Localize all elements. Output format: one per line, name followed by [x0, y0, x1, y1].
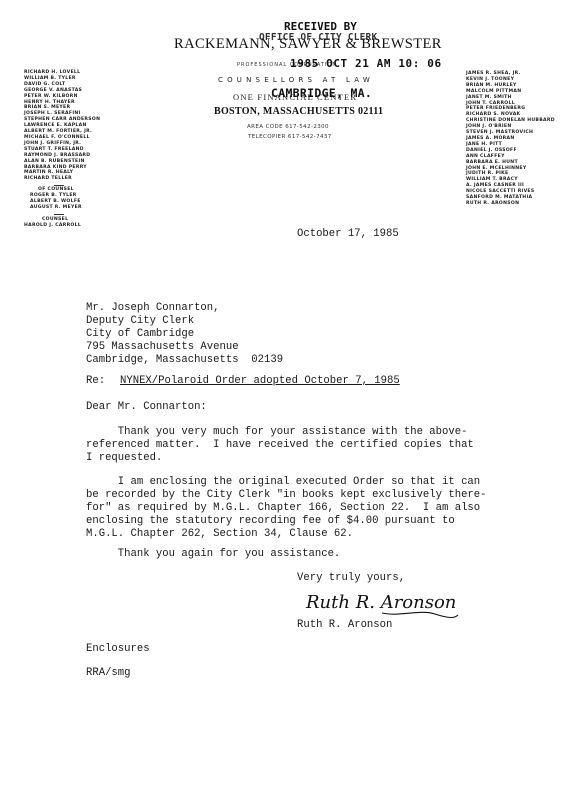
recipient-line: Deputy City Clerk — [86, 315, 283, 328]
body-paragraph-1: Thank you very much for your assistance … — [86, 426, 474, 465]
recipient-address: Mr. Joseph Connarton, Deputy City Clerk … — [86, 302, 283, 367]
left-partner-list: Richard H. LovellWilliam B. TylerDavid G… — [24, 70, 119, 229]
recipient-line: City of Cambridge — [86, 328, 283, 341]
recipient-line: Mr. Joseph Connarton, — [86, 302, 283, 315]
received-stamp-city: CAMBRIDGE, MA. — [271, 86, 372, 100]
closing: Very truly yours, — [297, 572, 405, 585]
received-stamp-line2: OFFICE OF CITY CLERK — [259, 32, 377, 43]
recipient-line: 795 Massachusetts Avenue — [86, 341, 283, 354]
address-line-2: BOSTON, MASSACHUSETTS 02111 — [214, 106, 383, 117]
partner-name: August R. Meyer — [30, 205, 119, 211]
received-stamp-date: 1985 OCT 21 AM 10: 06 — [290, 57, 442, 70]
right-partner-list: James R. Shea, Jr.Kevin J. TooneyBrian M… — [466, 71, 576, 207]
counsellors-at-law: COUNSELLORS AT LAW — [218, 76, 374, 84]
body-paragraph-3: Thank you again for you assistance. — [86, 548, 340, 561]
area-code: AREA CODE 617-542-2300 — [247, 124, 329, 130]
signer-name: Ruth R. Aronson — [297, 619, 392, 632]
letter-date: October 17, 1985 — [297, 228, 399, 241]
telecopier: TELECOPIER 617-542-7437 — [248, 134, 332, 140]
counsel-name: Harold J. Carroll — [24, 223, 119, 229]
re-subject: NYNEX/Polaroid Order adopted October 7, … — [120, 375, 400, 388]
typist-initials: RRA/smg — [86, 667, 131, 680]
partner-name: Ruth R. Aronson — [466, 201, 576, 207]
signature-flourish — [380, 605, 460, 619]
body-paragraph-2: I am enclosing the original executed Ord… — [86, 476, 487, 541]
salutation: Dear Mr. Connarton: — [86, 401, 207, 414]
recipient-line: Cambridge, Massachusetts 02139 — [86, 354, 283, 367]
divider — [54, 214, 64, 215]
enclosures: Enclosures — [86, 643, 150, 656]
re-label: Re: — [86, 375, 105, 388]
partner-name: Richard Teller — [24, 176, 119, 182]
